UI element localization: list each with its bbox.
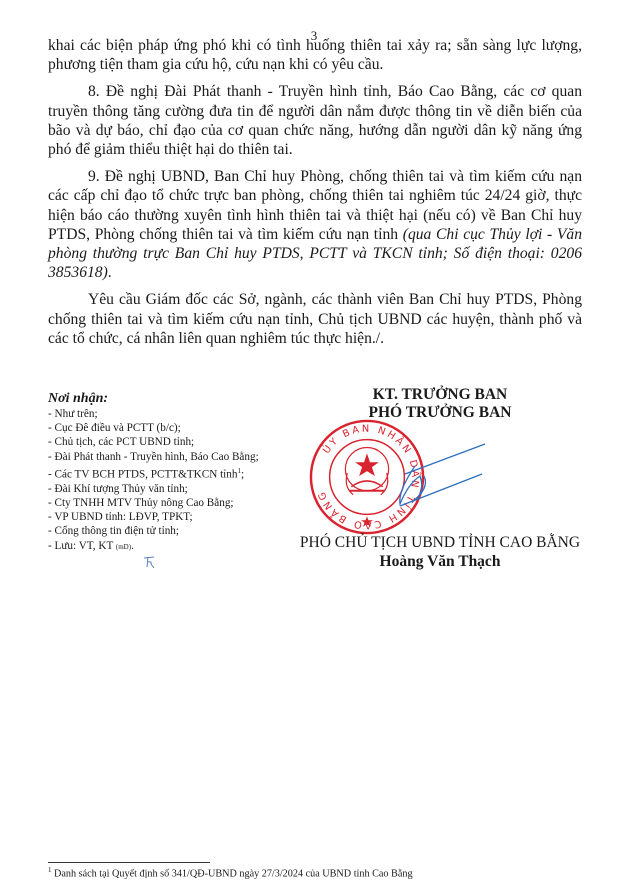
footnote: 1 Danh sách tại Quyết định số 341/QĐ-UBN… xyxy=(48,866,588,879)
recipient-item: - Chủ tịch, các PCT UBND tỉnh; xyxy=(48,435,298,449)
recipient-item: - Cty TNHH MTV Thủy nông Cao Bằng; xyxy=(48,496,298,510)
recipients-title: Nơi nhận: xyxy=(48,390,298,407)
recipient-sub: (mD) xyxy=(116,543,131,551)
footnote-text: Danh sách tại Quyết định số 341/QĐ-UBND … xyxy=(52,868,413,879)
footnote-divider xyxy=(48,862,210,863)
recipient-item: - Cổng thông tin điện tử tỉnh; xyxy=(48,524,298,538)
closing-paragraph: Yêu cầu Giám đốc các Sở, ngành, các thàn… xyxy=(48,290,582,348)
signer-authority: KT. TRƯỞNG BAN xyxy=(280,386,600,404)
recipients-list: Nơi nhận: - Như trên; - Cục Đê điều và P… xyxy=(48,390,298,554)
recipient-item: - Đài Phát thanh - Truyền hình, Báo Cao … xyxy=(48,450,298,464)
paragraph-9-end: . xyxy=(108,264,112,281)
recipient-item: - Đài Khí tượng Thủy văn tỉnh; xyxy=(48,482,298,496)
signer-title: PHÓ CHỦ TỊCH UBND TỈNH CAO BẰNG xyxy=(280,534,600,552)
recipient-text: - Lưu: VT, KT xyxy=(48,540,113,552)
recipient-end: ; xyxy=(241,469,244,481)
initials-mark xyxy=(142,555,156,569)
paragraph-8: 8. Đề nghị Đài Phát thanh - Truyền hình … xyxy=(48,82,582,159)
recipient-item: - Các TV BCH PTDS, PCTT&TKCN tỉnh1; xyxy=(48,464,298,482)
signature-block: KT. TRƯỞNG BAN PHÓ TRƯỞNG BAN xyxy=(280,386,600,422)
recipient-item: - Như trên; xyxy=(48,407,298,421)
recipient-item: - Cục Đê điều và PCTT (b/c); xyxy=(48,421,298,435)
document-body: khai các biện pháp ứng phó khi có tình h… xyxy=(48,36,582,356)
paragraph-continued: khai các biện pháp ứng phó khi có tình h… xyxy=(48,36,582,74)
recipient-item: - Lưu: VT, KT (mD). xyxy=(48,539,298,554)
recipient-end: . xyxy=(131,540,134,552)
paragraph-9: 9. Đề nghị UBND, Ban Chỉ huy Phòng, chốn… xyxy=(48,167,582,282)
recipient-item: - VP UBND tỉnh: LĐVP, TPKT; xyxy=(48,510,298,524)
recipient-text: - Các TV BCH PTDS, PCTT&TKCN tỉnh xyxy=(48,469,237,481)
signer-name: Hoàng Văn Thạch xyxy=(280,553,600,571)
handwritten-signature xyxy=(390,436,490,526)
